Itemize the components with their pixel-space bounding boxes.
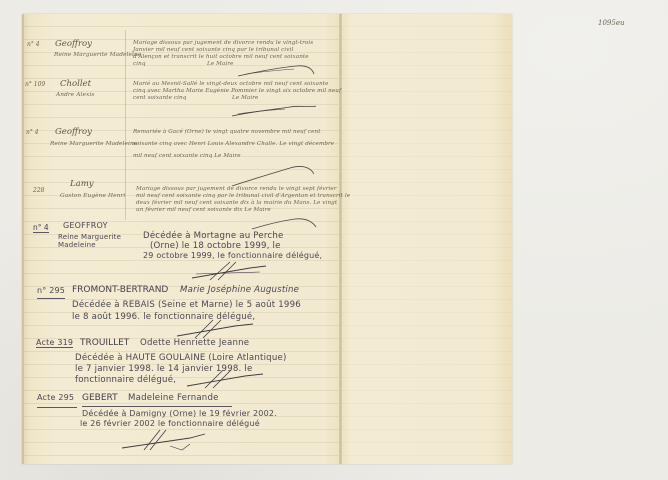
book-spine [339, 14, 342, 464]
entry-surname: Geoffroy [55, 128, 92, 137]
entry-text-line: deux février mil neuf cent soixante dix … [136, 201, 337, 207]
signature-mark [175, 318, 255, 340]
signature-mark [250, 215, 320, 231]
page-number: 1095eu [598, 20, 624, 27]
entry-signature-label: Le Maire [207, 62, 233, 68]
entry-given-names: Andre Alexis [56, 93, 94, 99]
entry-text-line: Marié au Mesnil-Sallé le vingt-deux octo… [133, 82, 329, 88]
entry-text-line: mil neuf cent soixante cinq Le Maire [133, 154, 241, 160]
entry-text-line: Décédée à Damigny (Orne) le 19 février 2… [82, 410, 277, 418]
signature-mark [120, 428, 210, 452]
signature-mark [230, 100, 320, 120]
entry-text-line: Remariée à Gacé (Orne) le vingt quatre n… [133, 130, 321, 136]
entry-text-line: cinq [133, 62, 146, 68]
entry-surname: GEOFFROY [63, 222, 108, 230]
underline [82, 406, 232, 407]
underline [37, 407, 77, 408]
entry-given-names: Odette Henriette Jeanne [140, 339, 249, 348]
entry-surname: Lamy [70, 180, 94, 189]
entry-given-names: Marie Joséphine Augustine [180, 286, 299, 295]
right-page [340, 14, 512, 464]
entry-surname: Geoffroy [55, 40, 92, 49]
entry-surname: Chollet [60, 80, 91, 89]
entry-given-names: Gaston Eugène Henri [60, 194, 125, 200]
entry-number: 228 [33, 188, 44, 194]
entry-given-names: Reine Marguerite Madeleine [54, 53, 141, 59]
entry-text-line: cent soixante cinq [133, 96, 186, 102]
signature-mark [236, 62, 316, 80]
entry-text-line: Mariage dissous par jugement de divorce … [133, 41, 313, 47]
entry-text-line: Décédée à Mortagne au Perche [143, 232, 283, 241]
entry-number: n° 4 [26, 130, 39, 136]
entry-text-line: cinq avec Martha Marie Eugénie Pommier l… [133, 89, 341, 95]
entry-text-line: Décédée à HAUTE GOULAINE (Loire Atlantiq… [75, 354, 287, 363]
entry-text-line: Mariage dissous par jugement de divorce … [136, 187, 337, 193]
entry-text-line: (Orne) le 18 octobre 1999, le [150, 242, 281, 251]
entry-number: n° 4 [33, 224, 49, 233]
underline [37, 298, 65, 299]
entry-given-names: Reine Marguerite Madeleine [58, 233, 128, 249]
entry-text-line: soixante cinq avec Henri Louis Alexandre… [133, 142, 334, 148]
entry-number: Acte 319 [36, 339, 73, 348]
entry-surname: TROUILLET [80, 339, 129, 348]
entry-text-line: mil neuf cent soixante cinq par le tribu… [136, 194, 350, 200]
entry-text-line: 29 octobre 1999, le fonctionnaire délégu… [143, 252, 322, 260]
entry-number: n° 4 [27, 42, 40, 48]
signature-mark [185, 368, 265, 390]
entry-given-names: Reine Marguerite Madeleine [50, 142, 137, 148]
entry-surname: FROMONT-BERTRAND [72, 286, 168, 295]
entry-text-line: Janvier mil neuf cent soixante cinq par … [133, 48, 293, 54]
entry-number: Acte 295 [37, 394, 74, 402]
entry-text-line: d'Alençon et transcrit le huit octobre m… [133, 55, 309, 61]
entry-given-names: Madeleine Fernande [128, 394, 219, 403]
entry-text-line: fonctionnaire délégué, [75, 376, 176, 385]
entry-surname: GEBERT [82, 394, 118, 403]
entry-text-line: le 26 février 2002 le fonctionnaire délé… [80, 420, 260, 428]
entry-text-line: un février mil neuf cent soixante dix Le… [136, 208, 271, 214]
entry-text-line: Décédée à REBAIS (Seine et Marne) le 5 a… [72, 301, 301, 310]
entry-number: n° 109 [25, 82, 45, 88]
entry-number: n° 295 [37, 287, 65, 295]
signature-mark [190, 260, 270, 282]
ruled-lines [340, 14, 512, 464]
